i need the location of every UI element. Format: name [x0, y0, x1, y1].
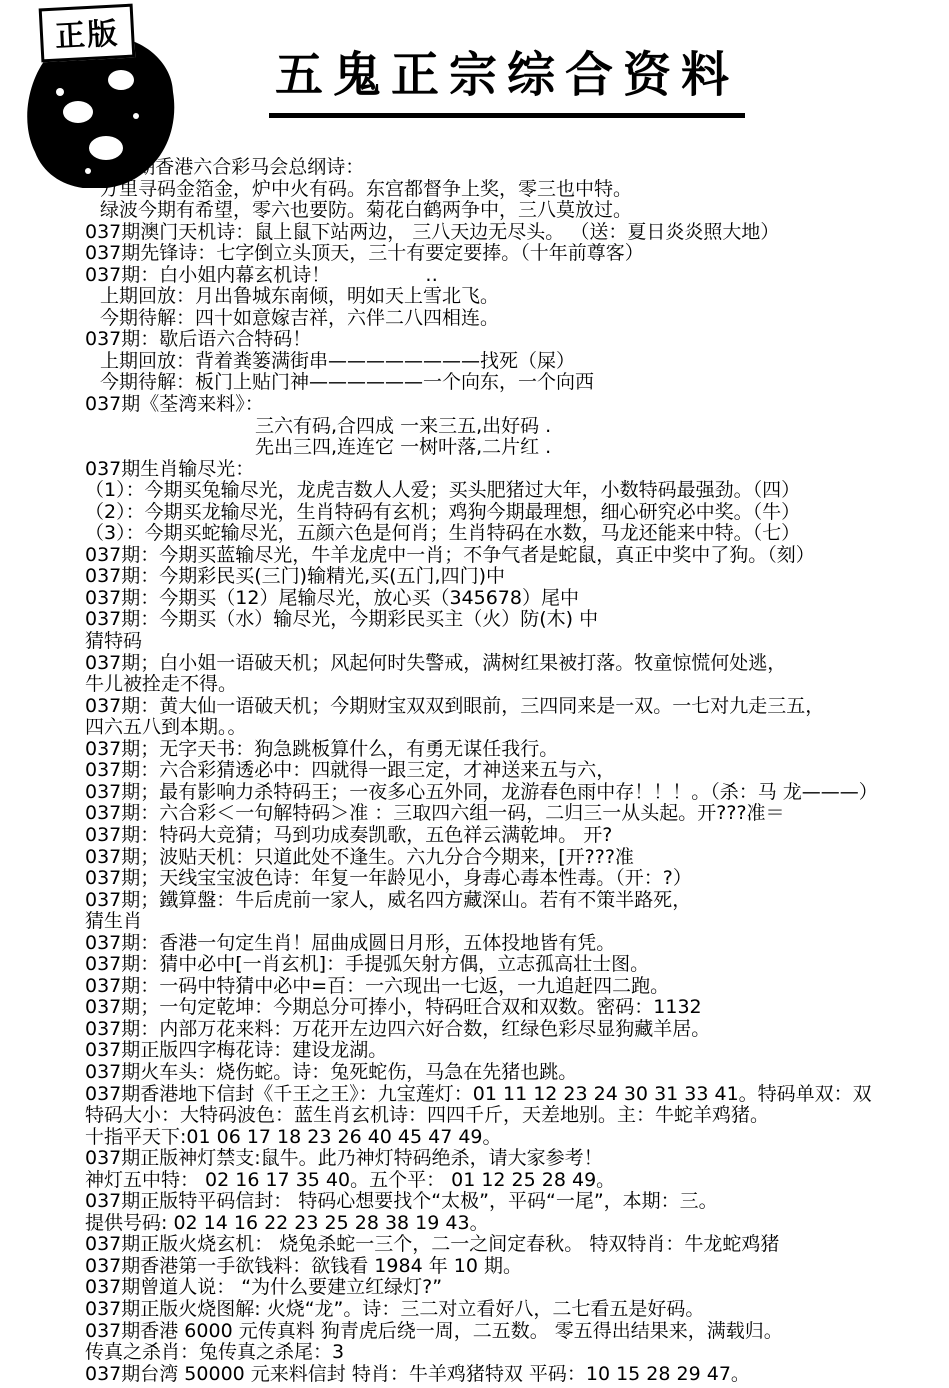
text-line: （3）：今期买蛇输尽光，五颜六色是何肖；生肖特码在水数，马龙还能来中特。（七）: [85, 523, 947, 545]
page-title: 五鬼正宗综合资料: [269, 36, 745, 118]
text-line: 037期先锋诗：七字倒立头顶天，三十有要定要捧。（十年前尊客）: [85, 243, 947, 265]
text-line: 037期：今期彩民买(三门)输精光,买(五门,四门)中: [85, 566, 947, 588]
text-line: 神灯五中特： 02 16 17 35 40。五个平： 01 12 25 28 4…: [85, 1170, 947, 1192]
text-line: 037期；无字天书：狗急跳板算什么，有勇无谋任我行。: [85, 739, 947, 761]
text-line: 提供号码: 02 14 16 22 23 25 28 38 19 43。: [85, 1213, 947, 1235]
text-line: 037期火车头：烧伤蛇。诗：兔死蛇伤，马急在先猪也跳。: [85, 1062, 947, 1084]
text-line: 绿波今期有希望，零六也要防。菊花白鹤两争中，三八莫放过。: [100, 200, 947, 222]
text-line: 037期；鐵算盤：牛后虎前一家人，威名四方藏深山。若有不策半路死，: [85, 890, 947, 912]
text-line: 037期：一码中特猜中必中=百：一六现出一七返，一九追赶四二跑。: [85, 976, 947, 998]
text-line: 传真之杀肖：兔传真之杀尾：3: [85, 1342, 947, 1364]
text-line: 037期：白小姐内幕玄机诗！ ‥: [85, 265, 947, 287]
text-line: 牛儿被拴走不得。: [85, 674, 947, 696]
text-line: 先出三四,连连它 一树叶落,二片红 .: [255, 437, 947, 459]
authentic-stamp-badge: 正版: [39, 4, 136, 63]
text-line: 上期回放：背着粪篓满街串————————找死（屎）: [100, 351, 947, 373]
text-line: 万里寻码金箔金，炉中火有码。东宫都督争上奖，零三也中特。: [100, 179, 947, 201]
text-line: 037期；天线宝宝波色诗：年复一年龄见小，身毒心毒本性毒。（开：?）: [85, 868, 947, 890]
text-line: 037期正版四字梅花诗：建设龙湖。: [85, 1040, 947, 1062]
text-line: 037期：黄大仙一语破天机；今期财宝双双到眼前，三四同来是一双。一七对九走三五，: [85, 696, 947, 718]
text-line: 猜特码: [85, 631, 947, 653]
text-line: 037期澳门天机诗：鼠上鼠下站两边， 三八天边无尽头。 （送：夏日炎炎照大地）: [85, 222, 947, 244]
text-line: 037期：内部万花来料：万花开左边四六好合数，红绿色彩尽显狗藏羊居。: [85, 1019, 947, 1041]
text-line: 037期香港第一手欲钱料：欲钱看 1984 年 10 期。: [85, 1256, 947, 1278]
document-page: 正版 五鬼正宗综合资料 037期香港六合彩马会总纲诗：万里寻码金箔金，炉中火有码…: [0, 0, 949, 1388]
text-line: 037期；一句定乾坤：今期总分可捧小，特码旺合双和双数。密码：1132: [85, 997, 947, 1019]
text-line: 037期曾道人说： “为什么要建立红绿灯?”: [85, 1277, 947, 1299]
text-line: 今期待解：板门上贴门神——————一个向东，一个向西: [100, 372, 947, 394]
text-line: 今期待解：四十如意嫁吉祥，六伴二八四相连。: [100, 308, 947, 330]
text-line: 037期；白小姐一语破天机；风起何时失警戒，满树红果被打落。牧童惊慌何处逃，: [85, 653, 947, 675]
text-line: 十指平天下:01 06 17 18 23 26 40 45 47 49。: [85, 1127, 947, 1149]
text-line: 上期回放：月出鲁城东南倾，明如天上雪北飞。: [100, 286, 947, 308]
text-line: 037期正版特平码信封： 特码心想要找个“太极”，平码“一尾”，本期：三。: [85, 1191, 947, 1213]
text-line: 037期台湾 50000 元来料信封 特肖：牛羊鸡猪特双 平码：10 15 28…: [85, 1364, 947, 1386]
text-line: 037期：今期买蓝输尽光，牛羊龙虎中一肖；不争气者是蛇鼠，真正中奖中了狗。（刻）: [85, 545, 947, 567]
content-lines: 037期香港六合彩马会总纲诗：万里寻码金箔金，炉中火有码。东宫都督争上奖，零三也…: [85, 157, 947, 1385]
text-line: 037期：六合彩＜一句解特码＞准 ：三取四六组一码，二归三一从头起。开???准＝: [85, 803, 947, 825]
text-line: 037期：特码大竞猜；马到功成奏凯歌，五色祥云满乾坤。 开?: [85, 825, 947, 847]
text-line: 四六五八到本期。。: [85, 717, 947, 739]
text-line: 037期；最有影响力杀特码王；一夜多心五外同，龙游春色雨中存！！！。（杀：马 龙…: [85, 782, 947, 804]
text-line: 037期：六合彩猜透必中：四就得一跟三定，才神送来五与六，: [85, 760, 947, 782]
text-line: 猜生肖: [85, 911, 947, 933]
text-line: 037期香港六合彩马会总纲诗：: [100, 157, 947, 179]
text-line: 037期：歇后语六合特码！: [85, 329, 947, 351]
text-line: 037期：猜中必中[一肖玄机]：手提弧矢射方偶，立志孤高壮士图。: [85, 954, 947, 976]
text-line: 037期正版火烧图解: 火烧“龙”。诗：三二对立看好八，二七看五是好码。: [85, 1299, 947, 1321]
text-line: 037期正版神灯禁支:鼠牛。此乃神灯特码绝杀，请大家参考！: [85, 1148, 947, 1170]
text-line: 037期：今期买（12）尾输尽光，放心买（345678）尾中: [85, 588, 947, 610]
text-line: 三六有码,合四成 一来三五,出好码 .: [255, 416, 947, 438]
text-line: 037期香港地下信封《千王之王》：九宝莲灯：01 11 12 23 24 30 …: [85, 1084, 947, 1106]
text-line: 特码大小：大特码波色：蓝生肖玄机诗：四四千斤，天差地别。主：牛蛇羊鸡猪。: [85, 1105, 947, 1127]
text-line: （2）：今期买龙输尽光，生肖特码有玄机；鸡狗今期最理想，细心研究必中奖。（牛）: [85, 502, 947, 524]
text-line: 037期《荃湾来料》：: [85, 394, 947, 416]
text-line: 037期：今期买（水）输尽光，今期彩民买主（火）防(木) 中: [85, 609, 947, 631]
text-line: （1）：今期买兔输尽光，龙虎吉数人人爱；买头肥猪过大年，小数特码最强劲。（四）: [85, 480, 947, 502]
text-line: 037期；波贴天机：只道此处不逢生。六九分合今期来，[开???准: [85, 847, 947, 869]
text-line: 037期生肖输尽光：: [85, 459, 947, 481]
text-line: 037期：香港一句定生肖！屈曲成圆日月形，五体投地皆有凭。: [85, 933, 947, 955]
text-line: 037期香港 6000 元传真料 狗青虎后绕一周，二五数。 零五得出结果来，满载…: [85, 1321, 947, 1343]
text-line: 037期正版火烧玄机： 烧兔杀蛇一三个，二一之间定春秋。 特双特肖：牛龙蛇鸡猪: [85, 1234, 947, 1256]
